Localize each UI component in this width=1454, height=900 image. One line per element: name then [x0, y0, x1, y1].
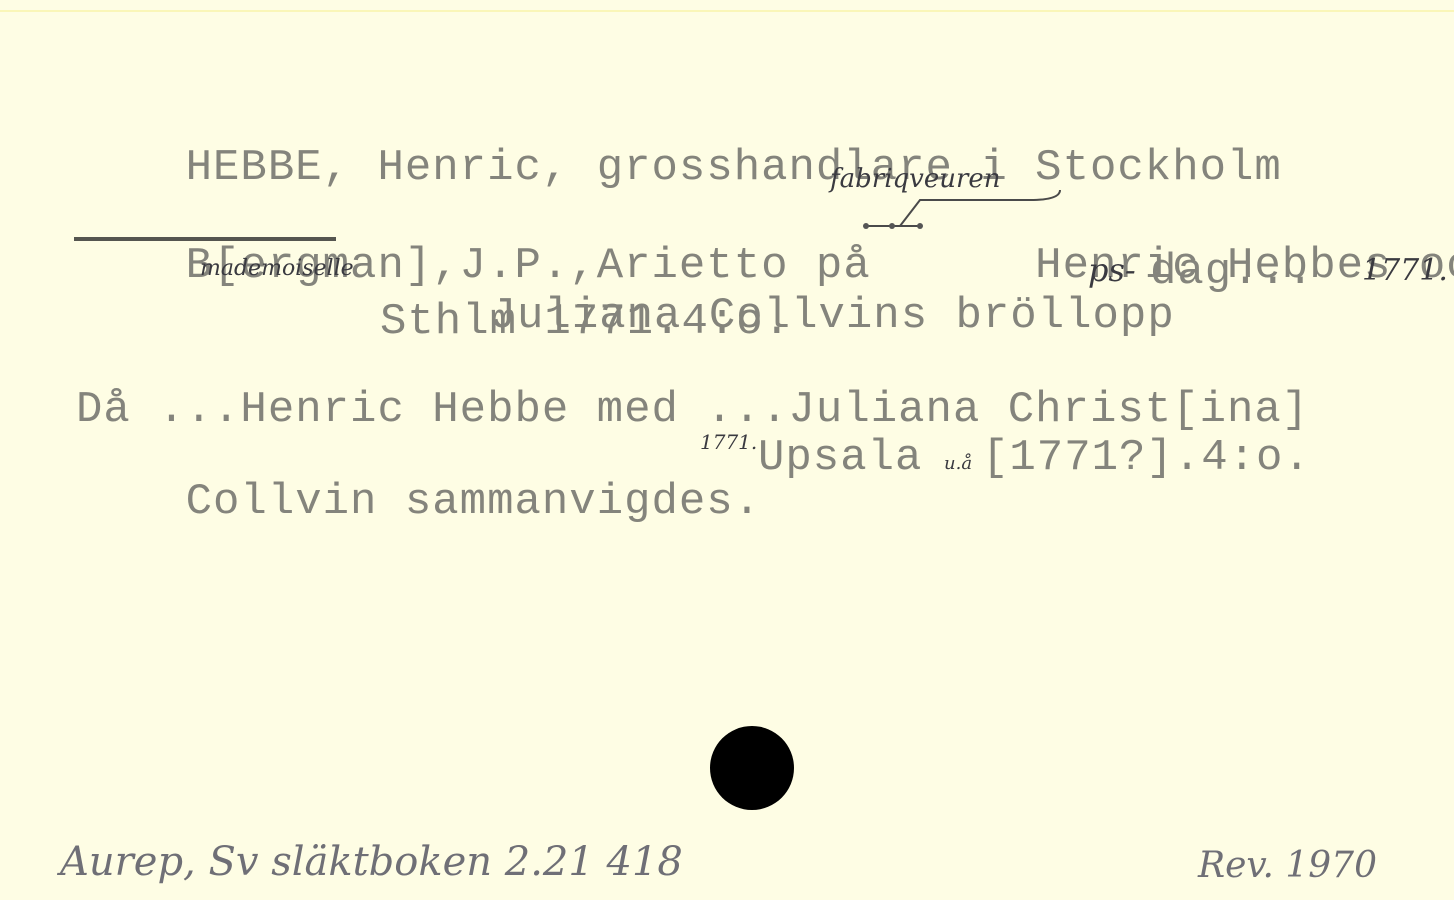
author-underline	[74, 237, 336, 241]
annotation-mademoiselle: mademoiselle	[200, 258, 354, 280]
hand-date-1771-a: 1771.	[1362, 256, 1448, 286]
hand-date-1771-b: 1771.	[700, 432, 757, 452]
punch-hole	[710, 726, 794, 810]
hand-note-ua: u.å	[944, 455, 972, 473]
correction-ps: ps-	[1088, 254, 1136, 286]
entry1-line2-end: dag...	[1150, 250, 1314, 294]
revision-note: Rev. 1970	[1198, 848, 1377, 884]
entry1-line3: Sthlm 1771.4:o.	[380, 300, 791, 344]
entry2-line2-end: [1771?].4:o.	[982, 436, 1311, 480]
entry2-line2-start: Collvin sammanvigdes.	[186, 477, 762, 527]
card-top-edge-line	[0, 10, 1454, 12]
source-note: Aurep, Sv släktboken 2.21 418	[60, 842, 683, 882]
catalog-card: HEBBE, Henric, grosshandlare i Stockholm…	[0, 0, 1454, 900]
entry2-place: Upsala	[758, 436, 922, 480]
heading-rest: , Henric, grosshandlare i Stockholm	[323, 143, 1282, 193]
entry2-line2: Collvin sammanvigdes.	[76, 436, 761, 568]
entry2-line1: Då ...Henric Hebbe med ...Juliana Christ…	[76, 388, 1309, 432]
heading-surname: HEBBE	[186, 143, 323, 193]
